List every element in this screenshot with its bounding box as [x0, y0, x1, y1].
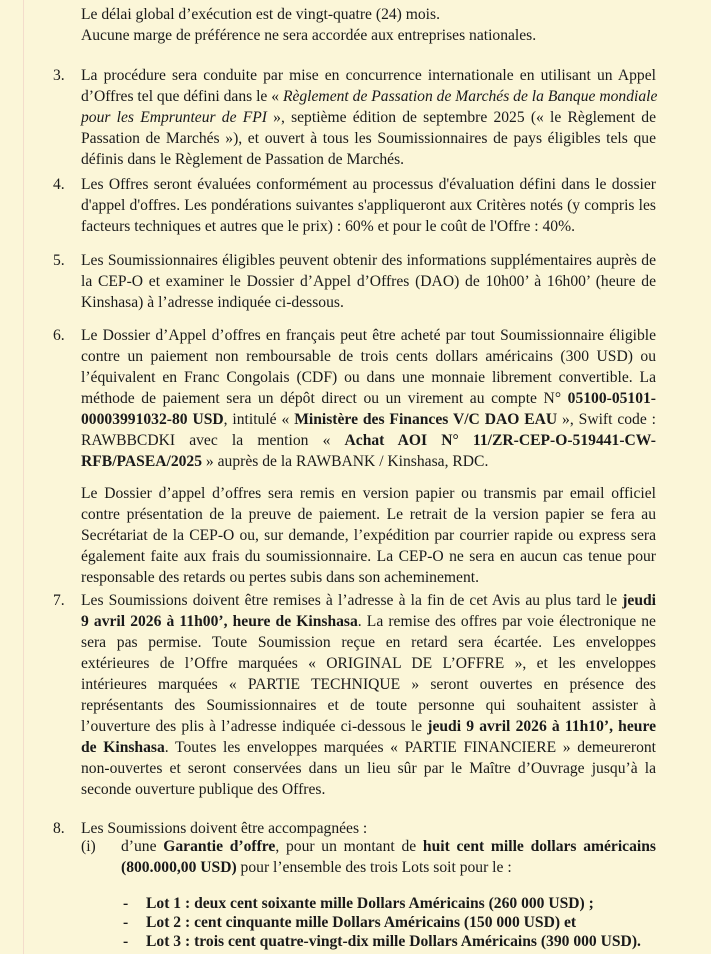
item-6-delivery-text: Le Dossier d’appel d’offres sera remis e… — [81, 483, 656, 588]
intro-preference: Aucune marge de préférence ne sera accor… — [81, 25, 656, 46]
bid-guarantee-text: d’une Garantie d’offre, pour un montant … — [121, 836, 656, 878]
intro-duration: Le délai global d’exécution est de vingt… — [81, 4, 656, 25]
submission-deadline: 9 avril 2026 à 11h00’, heure de Kinshasa — [81, 613, 358, 630]
sub-item-i-marker: (i) — [81, 836, 96, 857]
lot-3-item: Lot 3 : trois cent quatre-vingt-dix mill… — [146, 931, 641, 952]
opening-date: jeudi 9 avril 2026 à 11h10’, heure — [427, 718, 656, 735]
guarantee-amount: (800.000,00 USD) — [121, 859, 237, 876]
item-7-number: 7. — [53, 590, 65, 611]
item-4-text: Les Offres seront évaluées conformément … — [81, 174, 656, 237]
item-6-number: 6. — [53, 325, 65, 346]
item-4-number: 4. — [53, 174, 65, 195]
lot-1-item: Lot 1 : deux cent soixante mille Dollars… — [146, 893, 594, 914]
account-number: 05100-05101- — [568, 390, 656, 407]
lot-2-dash: - — [123, 912, 128, 933]
lot-2-item: Lot 2 : cent cinquante mille Dollars Amé… — [146, 912, 576, 933]
item-5-number: 5. — [53, 250, 65, 271]
item-3-number: 3. — [53, 65, 65, 86]
account-name: Ministère des Finances V/C DAO EAU — [294, 411, 557, 428]
item-8-number: 8. — [53, 818, 65, 839]
lot-3-dash: - — [123, 931, 128, 952]
item-6-text: Le Dossier d’Appel d’offres en français … — [81, 325, 656, 472]
item-5-text: Les Soumissionnaires éligibles peuvent o… — [81, 250, 656, 313]
item-3-text: La procédure sera conduite par mise en c… — [81, 65, 656, 170]
item-7-text: Les Soumissions doivent être remises à l… — [81, 590, 656, 800]
paper-margin-line — [23, 0, 24, 954]
lot-1-dash: - — [123, 893, 128, 914]
payment-mention: Achat AOI N° 11/ZR-CEP-O-519441-CW- — [345, 432, 656, 449]
